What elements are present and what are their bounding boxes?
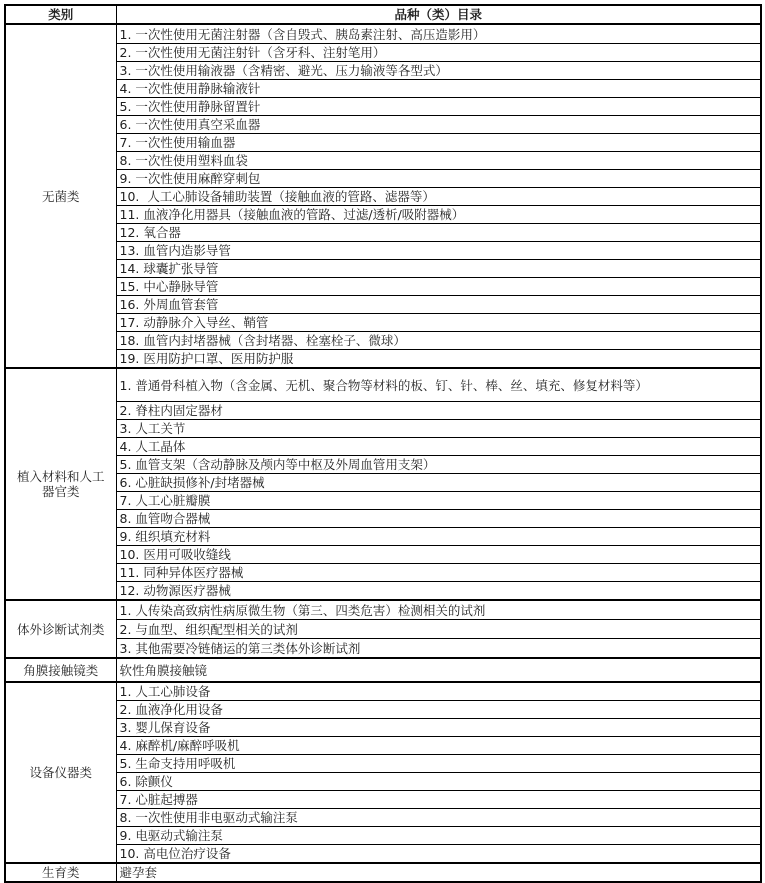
category-catalog-table: 类别 品种（类）目录 无菌类 1. 一次性使用无菌注射器（含自毁式、胰岛素注射、… [4,4,762,883]
table-row: 5. 一次性使用静脉留置针 [5,98,761,116]
table-row: 7. 一次性使用输血器 [5,134,761,152]
table-row: 2. 与血型、组织配型相关的试剂 [5,620,761,639]
table-row: 5. 血管支架（含动静脉及颅内等中枢及外周血管用支架） [5,456,761,474]
item-cell: 软性角膜接触镜 [116,658,761,682]
table-row: 11. 血液净化用器具（接触血液的管路、过滤/透析/吸附器械） [5,206,761,224]
table-row: 6. 一次性使用真空采血器 [5,116,761,134]
item-cell: 17. 动静脉介入导丝、鞘管 [116,314,761,332]
table-row: 18. 血管内封堵器械（含封堵器、栓塞栓子、微球） [5,332,761,350]
table-row: 5. 生命支持用呼吸机 [5,755,761,773]
item-cell: 9. 电驱动式输注泵 [116,827,761,845]
item-cell: 10. 人工心肺设备辅助装置（接触血液的管路、滤器等） [116,188,761,206]
item-cell: 10. 医用可吸收缝线 [116,546,761,564]
item-cell: 15. 中心静脉导管 [116,278,761,296]
category-cell-implant: 植入材料和人工器官类 [5,368,116,600]
item-cell: 5. 生命支持用呼吸机 [116,755,761,773]
item-cell: 11. 同种异体医疗器械 [116,564,761,582]
item-cell: 3. 婴儿保育设备 [116,719,761,737]
table-row: 8. 一次性使用塑料血袋 [5,152,761,170]
section-equipment: 设备仪器类 1. 人工心肺设备 2. 血液净化用设备 3. 婴儿保育设备 4. … [5,682,761,863]
table-row: 16. 外周血管套管 [5,296,761,314]
table-row: 12. 氧合器 [5,224,761,242]
table-row: 10. 人工心肺设备辅助装置（接触血液的管路、滤器等） [5,188,761,206]
table-row: 2. 血液净化用设备 [5,701,761,719]
item-cell: 3. 其他需要冷链储运的第三类体外诊断试剂 [116,639,761,659]
table-row: 3. 一次性使用输液器（含精密、避光、压力输液等各型式） [5,62,761,80]
item-cell: 4. 麻醉机/麻醉呼吸机 [116,737,761,755]
item-cell: 2. 一次性使用无菌注射针（含牙科、注射笔用） [116,44,761,62]
table-row: 3. 婴儿保育设备 [5,719,761,737]
table-row: 4. 一次性使用静脉输液针 [5,80,761,98]
item-cell: 8. 一次性使用塑料血袋 [116,152,761,170]
table-row: 8. 血管吻合器械 [5,510,761,528]
item-cell: 7. 一次性使用输血器 [116,134,761,152]
table-row: 19. 医用防护口罩、医用防护服 [5,350,761,369]
item-cell: 10. 高电位治疗设备 [116,845,761,864]
category-cell-contact-lens: 角膜接触镜类 [5,658,116,682]
table-row: 10. 高电位治疗设备 [5,845,761,864]
section-contact-lens: 角膜接触镜类 软性角膜接触镜 [5,658,761,682]
header-row: 类别 品种（类）目录 [5,5,761,24]
item-cell: 8. 血管吻合器械 [116,510,761,528]
item-cell: 2. 与血型、组织配型相关的试剂 [116,620,761,639]
table-row: 6. 除颤仪 [5,773,761,791]
table-row: 7. 心脏起搏器 [5,791,761,809]
item-cell: 2. 血液净化用设备 [116,701,761,719]
table-row: 17. 动静脉介入导丝、鞘管 [5,314,761,332]
table-row: 4. 麻醉机/麻醉呼吸机 [5,737,761,755]
item-cell: 14. 球囊扩张导管 [116,260,761,278]
item-cell: 1. 一次性使用无菌注射器（含自毁式、胰岛素注射、高压造影用） [116,24,761,44]
item-cell: 11. 血液净化用器具（接触血液的管路、过滤/透析/吸附器械） [116,206,761,224]
item-cell: 12. 氧合器 [116,224,761,242]
item-cell: 6. 除颤仪 [116,773,761,791]
item-cell: 6. 心脏缺损修补/封堵器械 [116,474,761,492]
category-cell-reproductive: 生育类 [5,863,116,882]
item-cell: 1. 人工心肺设备 [116,682,761,701]
table-row: 9. 电驱动式输注泵 [5,827,761,845]
table-row: 3. 人工关节 [5,420,761,438]
item-cell: 4. 一次性使用静脉输液针 [116,80,761,98]
item-cell: 3. 一次性使用输液器（含精密、避光、压力输液等各型式） [116,62,761,80]
category-cell-equipment: 设备仪器类 [5,682,116,863]
table-row: 10. 医用可吸收缝线 [5,546,761,564]
section-implant: 植入材料和人工器官类 1. 普通骨科植入物（含金属、无机、聚合物等材料的板、钉、… [5,368,761,600]
item-cell: 16. 外周血管套管 [116,296,761,314]
table-row: 14. 球囊扩张导管 [5,260,761,278]
category-cell-sterile: 无菌类 [5,24,116,368]
table-row: 7. 人工心脏瓣膜 [5,492,761,510]
item-cell: 5. 血管支架（含动静脉及颅内等中枢及外周血管用支架） [116,456,761,474]
section-reproductive: 生育类 避孕套 [5,863,761,882]
table-row: 生育类 避孕套 [5,863,761,882]
item-cell: 4. 人工晶体 [116,438,761,456]
item-cell: 19. 医用防护口罩、医用防护服 [116,350,761,369]
item-cell: 12. 动物源医疗器械 [116,582,761,601]
table-row: 2. 一次性使用无菌注射针（含牙科、注射笔用） [5,44,761,62]
table-row: 15. 中心静脉导管 [5,278,761,296]
table-row: 11. 同种异体医疗器械 [5,564,761,582]
item-cell: 避孕套 [116,863,761,882]
item-cell: 6. 一次性使用真空采血器 [116,116,761,134]
table-row: 体外诊断试剂类 1. 人传染高致病性病原微生物（第三、四类危害）检测相关的试剂 [5,600,761,620]
table-row: 8. 一次性使用非电驱动式输注泵 [5,809,761,827]
section-ivd-reagents: 体外诊断试剂类 1. 人传染高致病性病原微生物（第三、四类危害）检测相关的试剂 … [5,600,761,658]
table-row: 4. 人工晶体 [5,438,761,456]
table-row: 9. 一次性使用麻醉穿刺包 [5,170,761,188]
item-cell: 9. 组织填充材料 [116,528,761,546]
table-row: 设备仪器类 1. 人工心肺设备 [5,682,761,701]
item-cell: 3. 人工关节 [116,420,761,438]
item-cell: 7. 人工心脏瓣膜 [116,492,761,510]
item-cell: 1. 普通骨科植入物（含金属、无机、聚合物等材料的板、钉、针、棒、丝、填充、修复… [116,368,761,402]
item-cell: 7. 心脏起搏器 [116,791,761,809]
category-column-header: 类别 [5,5,116,24]
category-cell-ivd-reagents: 体外诊断试剂类 [5,600,116,658]
item-cell: 8. 一次性使用非电驱动式输注泵 [116,809,761,827]
item-cell: 5. 一次性使用静脉留置针 [116,98,761,116]
table-row: 9. 组织填充材料 [5,528,761,546]
table-row: 3. 其他需要冷链储运的第三类体外诊断试剂 [5,639,761,659]
table-row: 2. 脊柱内固定器材 [5,402,761,420]
section-sterile: 无菌类 1. 一次性使用无菌注射器（含自毁式、胰岛素注射、高压造影用） 2. 一… [5,24,761,368]
table-row: 植入材料和人工器官类 1. 普通骨科植入物（含金属、无机、聚合物等材料的板、钉、… [5,368,761,402]
item-cell: 9. 一次性使用麻醉穿刺包 [116,170,761,188]
table-row: 13. 血管内造影导管 [5,242,761,260]
item-cell: 2. 脊柱内固定器材 [116,402,761,420]
catalog-column-header: 品种（类）目录 [116,5,761,24]
item-cell: 13. 血管内造影导管 [116,242,761,260]
table-row: 无菌类 1. 一次性使用无菌注射器（含自毁式、胰岛素注射、高压造影用） [5,24,761,44]
table-row: 6. 心脏缺损修补/封堵器械 [5,474,761,492]
item-cell: 18. 血管内封堵器械（含封堵器、栓塞栓子、微球） [116,332,761,350]
table-row: 12. 动物源医疗器械 [5,582,761,601]
item-cell: 1. 人传染高致病性病原微生物（第三、四类危害）检测相关的试剂 [116,600,761,620]
table-header: 类别 品种（类）目录 [5,5,761,24]
table-row: 角膜接触镜类 软性角膜接触镜 [5,658,761,682]
